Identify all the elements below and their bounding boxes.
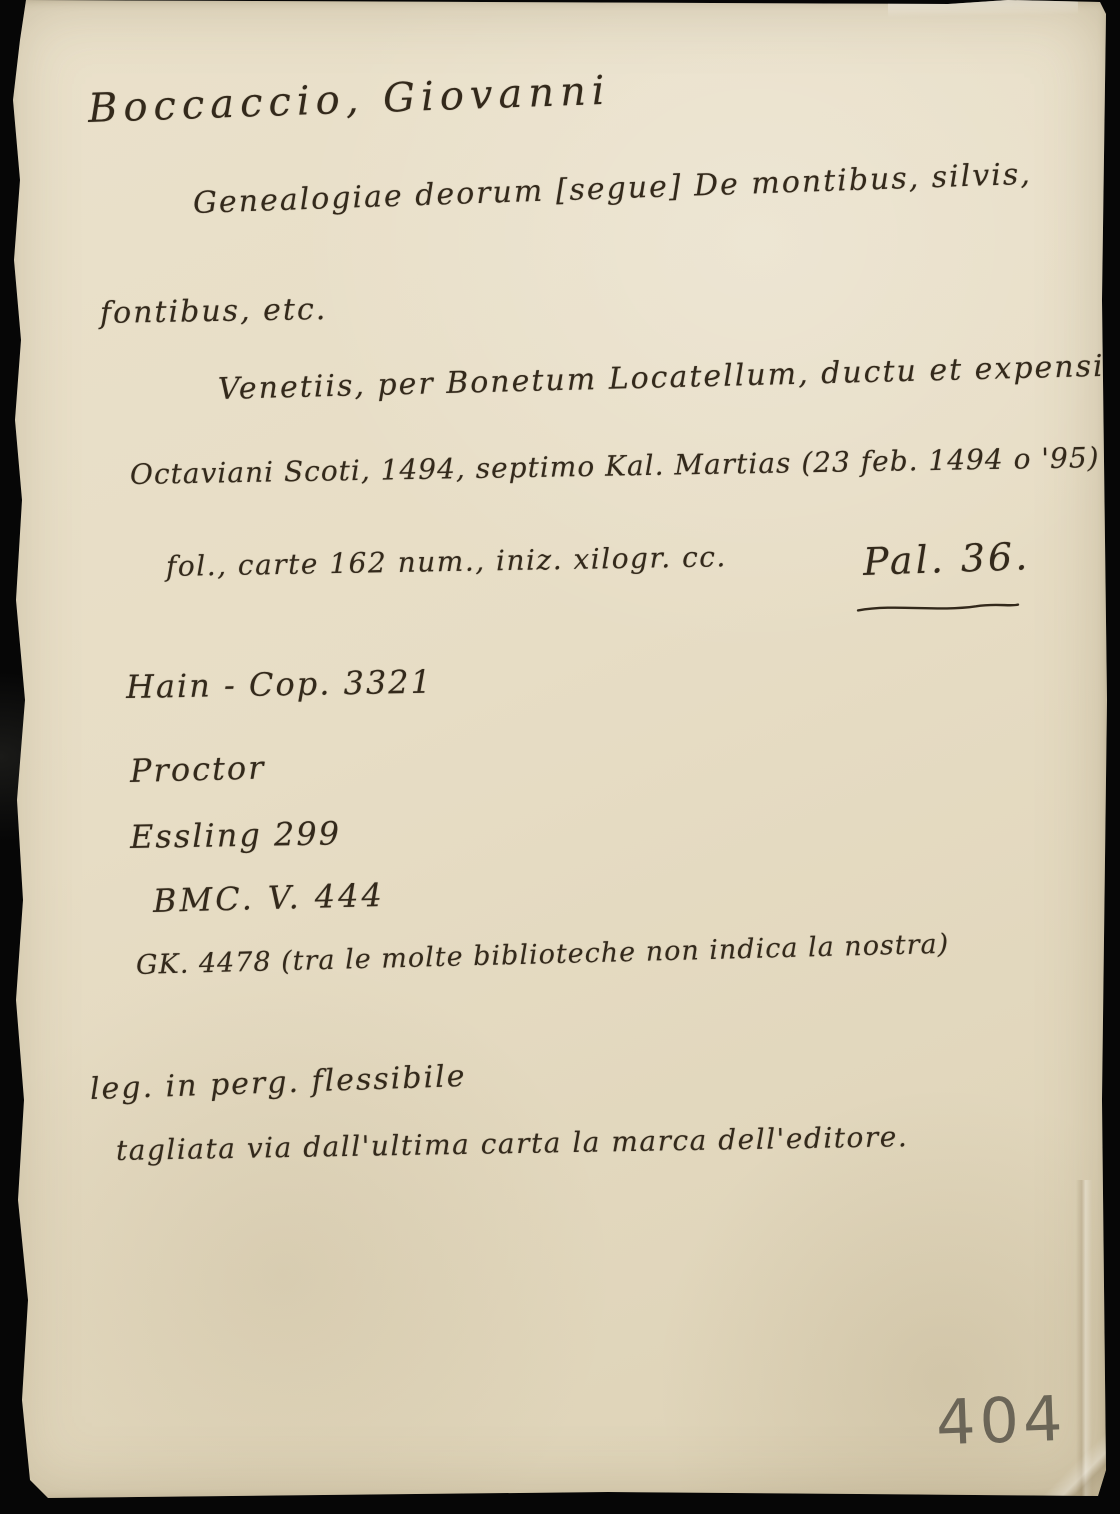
paper-fold-top — [888, 0, 1078, 18]
reference-essling: Essling 299 — [130, 814, 342, 856]
reference-proctor: Proctor — [130, 748, 266, 790]
reference-hain-copinger: Hain - Cop. 3321 — [126, 663, 434, 706]
manuscript-page: Boccaccio, Giovanni Genealogiae deorum [… — [8, 0, 1108, 1500]
scan-background: Boccaccio, Giovanni Genealogiae deorum [… — [0, 0, 1120, 1514]
title-line-2: fontibus, etc. — [100, 292, 328, 331]
note-binding: leg. in perg. flessibile — [89, 1059, 467, 1107]
imprint-line-1: Venetiis, per Bonetum Locatellum, ductu … — [218, 348, 1120, 407]
imprint-line-2: Octaviani Scoti, 1494, septimo Kal. Mart… — [130, 441, 1100, 491]
collation-line: fol., carte 162 num., iniz. xilogr. cc. — [166, 540, 727, 583]
note-printer-mark: tagliata via dall'ultima carta la marca … — [116, 1120, 909, 1167]
author-heading: Boccaccio, Giovanni — [87, 68, 611, 132]
reference-gw: GK. 4478 (tra le molte biblioteche non i… — [136, 929, 950, 981]
page-number: 404 — [935, 1382, 1068, 1460]
reference-bmc: BMC. V. 444 — [153, 876, 386, 920]
shelfmark-underline-stroke — [856, 599, 1020, 616]
title-line-1: Genealogiae deorum [segue] De montibus, … — [192, 157, 1032, 221]
shelfmark: Pal. 36. — [862, 534, 1031, 584]
